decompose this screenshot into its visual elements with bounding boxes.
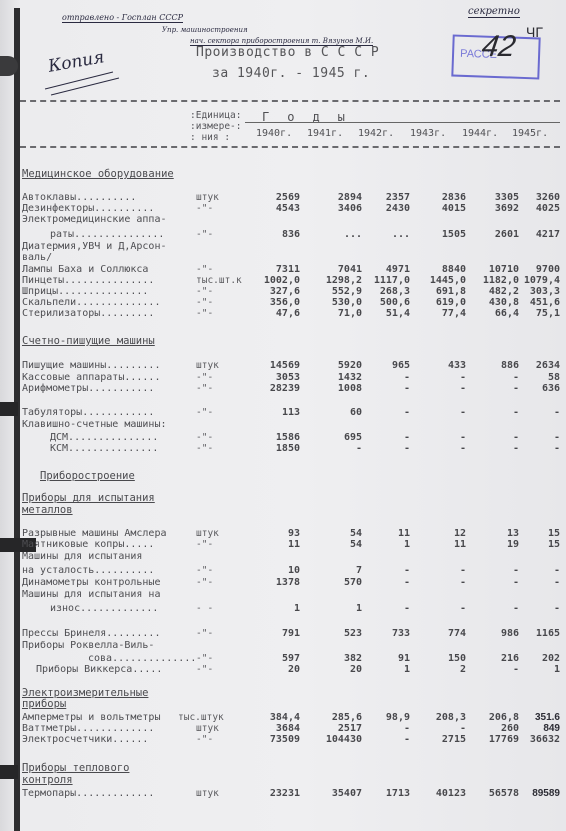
cell-1943: -	[414, 443, 466, 454]
cell-1940: 113	[248, 407, 300, 418]
cell-1945: 15	[508, 539, 560, 550]
cell-1940: 11	[248, 539, 300, 550]
row-label: на усталость..........	[22, 565, 154, 576]
row-label: Машины для испытания	[22, 551, 142, 562]
row-unit: тыс.шт.к	[196, 275, 242, 286]
cell-1943: 4015	[414, 203, 466, 214]
year-header: 1942г.	[358, 128, 394, 139]
table-row: на усталость.......... -"- 10 7 - - - -	[0, 565, 566, 577]
cell-1942: 2430	[358, 203, 410, 214]
cell-1940: 356,0	[248, 297, 300, 308]
cell-1940: 1	[248, 603, 300, 614]
unit-header-line3: : ния :	[190, 132, 230, 143]
cell-1943: 12	[414, 528, 466, 539]
cell-1941: 523	[310, 628, 362, 639]
row-unit: -"-	[196, 443, 213, 454]
cell-1941: 2894	[310, 192, 362, 203]
cell-1942: -	[358, 565, 410, 576]
cell-1941: ...	[310, 229, 362, 240]
header-rule-top	[20, 100, 560, 102]
table-row: Динамометры контрольные -"- 1378 570 - -…	[0, 577, 566, 589]
cell-1942: -	[358, 577, 410, 588]
table-row: Прессы Бринеля......... -"- 791 523 733 …	[0, 628, 566, 640]
row-unit: штук	[196, 528, 219, 539]
cell-1940: 791	[248, 628, 300, 639]
cell-1940: 327,6	[248, 286, 300, 297]
cell-1943: -	[414, 407, 466, 418]
cell-1943: 40123	[414, 788, 466, 799]
cell-1940: 47,6	[248, 308, 300, 319]
cell-1943: 2836	[414, 192, 466, 203]
cell-1941: 1008	[310, 383, 362, 394]
cell-1943: -	[414, 432, 466, 443]
cell-1945: 351.6	[508, 712, 560, 723]
cell-1941: 35407	[310, 788, 362, 799]
cell-1941: 20	[310, 664, 362, 675]
cell-1943: 1445,0	[414, 275, 466, 286]
row-label: Табуляторы............	[22, 407, 154, 418]
row-label: Динамометры контрольные	[22, 577, 160, 588]
cell-1943: -	[414, 372, 466, 383]
cell-1941: -	[310, 443, 362, 454]
row-unit: -"-	[196, 539, 213, 550]
cell-1943: 619,0	[414, 297, 466, 308]
year-header: 1943г.	[410, 128, 446, 139]
table-row: валь/	[0, 252, 566, 264]
cell-1945: 2634	[508, 360, 560, 371]
cell-1940: 3684	[248, 723, 300, 734]
year-header: 1945г.	[512, 128, 548, 139]
cell-1945: 3260	[508, 192, 560, 203]
row-unit: -"-	[196, 577, 213, 588]
cell-1942: 51,4	[358, 308, 410, 319]
section-title: Приборостроение	[40, 470, 135, 482]
unit-header-line2: :измере-:	[190, 121, 241, 132]
cell-1943: -	[414, 383, 466, 394]
unit-header-line1: :Единица:	[190, 110, 241, 121]
cell-1943: 2715	[414, 734, 466, 745]
cell-1941: 60	[310, 407, 362, 418]
cell-1941: 382	[310, 653, 362, 664]
row-unit: - -	[196, 603, 213, 614]
table-row: Электросчетчики...... -"- 73509 104430 -…	[0, 734, 566, 746]
cell-1945: 1	[508, 664, 560, 675]
cell-1940: 1850	[248, 443, 300, 454]
cell-1942: 4971	[358, 264, 410, 275]
row-label: сова..............	[88, 653, 196, 664]
cell-1940: 597	[248, 653, 300, 664]
cell-1945: 15	[508, 528, 560, 539]
table-row: КСМ............... -"- 1850 - - - - -	[0, 443, 566, 455]
cell-1941: 1298,2	[310, 275, 362, 286]
cell-1945: 849	[508, 723, 560, 734]
row-label: Автоклавы..........	[22, 192, 136, 203]
section-title: Электроизмерительные приборы	[22, 688, 162, 710]
cell-1945: 451,6	[508, 297, 560, 308]
row-unit: -"-	[196, 229, 213, 240]
year-header: 1941г.	[307, 128, 343, 139]
row-unit: -"-	[196, 407, 213, 418]
row-label: Клавишно-счетные машины:	[22, 419, 167, 430]
cell-1942: -	[358, 734, 410, 745]
row-label: Ваттметры.............	[22, 723, 154, 734]
cell-1945: -	[508, 577, 560, 588]
row-label: ДСМ...............	[50, 432, 158, 443]
cell-1943: 774	[414, 628, 466, 639]
table-row: Маятниковые копры..... -"- 11 54 1 11 19…	[0, 539, 566, 551]
row-unit: штук	[196, 723, 219, 734]
cell-1943: 691,8	[414, 286, 466, 297]
row-unit: тыс.штук	[178, 712, 224, 723]
cell-1942: -	[358, 432, 410, 443]
table-row: Машины для испытания на	[0, 589, 566, 601]
row-label: Приборы Виккерса.....	[36, 664, 162, 675]
row-label: Арифмометры...........	[22, 383, 154, 394]
row-unit: штук	[196, 192, 219, 203]
cell-1941: 530,0	[310, 297, 362, 308]
cell-1942: 733	[358, 628, 410, 639]
row-label: валь/	[22, 252, 52, 263]
cell-1942: 268,3	[358, 286, 410, 297]
cell-1942: -	[358, 603, 410, 614]
row-unit: -"-	[196, 383, 213, 394]
cell-1940: 10	[248, 565, 300, 576]
handwritten-recipient: отправлено - Госплан СССР	[62, 13, 183, 23]
cell-1945: 636	[508, 383, 560, 394]
row-label: КСМ...............	[50, 443, 158, 454]
cell-1945: -	[508, 565, 560, 576]
cell-1945: -	[508, 407, 560, 418]
row-unit: -"-	[196, 653, 213, 664]
row-unit: -"-	[196, 664, 213, 675]
table-row: Приборы Виккерса..... -"- 20 20 1 2 - 1	[0, 664, 566, 676]
row-label: Лампы Баха и Соллюкса	[22, 264, 148, 275]
cell-1942: -	[358, 443, 410, 454]
cell-1940: 384,4	[248, 712, 300, 723]
cell-1942: 98,9	[358, 712, 410, 723]
cell-1942: 2357	[358, 192, 410, 203]
row-label: Приборы Роквелла-Виль-	[22, 640, 154, 651]
cell-1940: 836	[248, 229, 300, 240]
cell-1940: 93	[248, 528, 300, 539]
cell-1943: 8840	[414, 264, 466, 275]
row-unit: -"-	[196, 264, 213, 275]
cell-1943: -	[414, 603, 466, 614]
year-header: 1944г.	[462, 128, 498, 139]
row-unit: -"-	[196, 286, 213, 297]
header-rule-bottom	[20, 146, 560, 148]
cell-1940: 1586	[248, 432, 300, 443]
cell-1945: 58	[508, 372, 560, 383]
document-title: Производство в С С С Р	[196, 45, 566, 60]
cell-1941: 7	[310, 565, 362, 576]
row-label: Электросчетчики......	[22, 734, 148, 745]
cell-1942: 1117,0	[358, 275, 410, 286]
row-label: износ.............	[50, 603, 158, 614]
row-unit: -"-	[196, 628, 213, 639]
row-label: Скальпели..............	[22, 297, 160, 308]
table-row: Табуляторы............ -"- 113 60 - - - …	[0, 407, 566, 419]
row-label: Кассовые аппараты......	[22, 372, 160, 383]
row-label: Термопары.............	[22, 788, 154, 799]
table-row: Клавишно-счетные машины:	[0, 419, 566, 431]
cell-1943: 433	[414, 360, 466, 371]
cell-1942: -	[358, 723, 410, 734]
row-unit: -"-	[196, 565, 213, 576]
cell-1943: -	[414, 565, 466, 576]
cell-1940: 73509	[248, 734, 300, 745]
row-unit: -"-	[196, 297, 213, 308]
cell-1943: -	[414, 577, 466, 588]
cell-1940: 4543	[248, 203, 300, 214]
cell-1940: 14569	[248, 360, 300, 371]
cell-1943: 11	[414, 539, 466, 550]
copy-underline	[51, 78, 119, 96]
row-unit: -"-	[196, 372, 213, 383]
row-label: Стерилизаторы.........	[22, 308, 154, 319]
cell-1942: ...	[358, 229, 410, 240]
row-label: Прессы Бринеля.........	[22, 628, 160, 639]
document-subtitle: за 1940г. - 1945 г.	[212, 66, 566, 81]
cell-1945: 1165	[508, 628, 560, 639]
cell-1940: 7311	[248, 264, 300, 275]
row-label: Шприцы...............	[22, 286, 148, 297]
row-label: Пинцеты...............	[22, 275, 154, 286]
cell-1943: 150	[414, 653, 466, 664]
copy-mark: Копия	[47, 47, 106, 77]
cell-1945: -	[508, 603, 560, 614]
cell-1942: 965	[358, 360, 410, 371]
handwritten-department: Упр. машиностроения	[162, 26, 248, 34]
cell-1941: 570	[310, 577, 362, 588]
row-label: Электромедицинские аппа-	[22, 214, 167, 225]
cell-1945: 36632	[508, 734, 560, 745]
row-unit: -"-	[196, 734, 213, 745]
table-row: износ............. - - 1 1 - - - -	[0, 603, 566, 615]
cell-1940: 1378	[248, 577, 300, 588]
row-label: раты...............	[50, 229, 164, 240]
cell-1941: 71,0	[310, 308, 362, 319]
cell-1941: 104430	[310, 734, 362, 745]
year-header: 1940г.	[256, 128, 292, 139]
row-label: Разрывные машины Амслера	[22, 528, 167, 539]
cell-1942: -	[358, 372, 410, 383]
cell-1942: 11	[358, 528, 410, 539]
cell-1941: 1432	[310, 372, 362, 383]
row-label: Маятниковые копры.....	[22, 539, 154, 550]
cell-1941: 3406	[310, 203, 362, 214]
cell-1942: -	[358, 407, 410, 418]
cell-1945: 9700	[508, 264, 560, 275]
section-title: Приборы теплового контроля	[22, 762, 172, 786]
cell-1942: 1	[358, 664, 410, 675]
row-unit: -"-	[196, 203, 213, 214]
row-label: Дезинфекторы..........	[22, 203, 154, 214]
classification-mark: секретно	[468, 6, 520, 18]
cell-1941: 552,9	[310, 286, 362, 297]
cell-1945: 303,3	[508, 286, 560, 297]
punch-hole	[0, 765, 18, 779]
cell-1945: 4217	[508, 229, 560, 240]
cell-1941: 54	[310, 528, 362, 539]
page-number-suffix: ЧГ	[526, 24, 543, 40]
row-label: Пишущие машины.........	[22, 360, 160, 371]
cell-1940: 20	[248, 664, 300, 675]
years-underline	[245, 122, 560, 123]
cell-1941: 285,6	[310, 712, 362, 723]
row-label: Амперметры и вольтметры	[22, 712, 160, 723]
cell-1943: 1505	[414, 229, 466, 240]
cell-1941: 7041	[310, 264, 362, 275]
cell-1940: 23231	[248, 788, 300, 799]
cell-1941: 2517	[310, 723, 362, 734]
cell-1945: -	[508, 443, 560, 454]
cell-1942: -	[358, 383, 410, 394]
cell-1943: 2	[414, 664, 466, 675]
cell-1945: 1079,4	[508, 275, 560, 286]
table-row: Стерилизаторы......... -"- 47,6 71,0 51,…	[0, 308, 566, 320]
cell-1943: 77,4	[414, 308, 466, 319]
row-label: Диатермия,УВЧ и Д,Арсон-	[22, 241, 167, 252]
section-title: Счетно-пишущие машины	[22, 335, 155, 347]
section-title: Медицинское оборудование	[22, 168, 174, 180]
cell-1943: -	[414, 723, 466, 734]
cell-1941: 54	[310, 539, 362, 550]
row-unit: штук	[196, 360, 219, 371]
cell-1941: 1	[310, 603, 362, 614]
cell-1941: 5920	[310, 360, 362, 371]
table-row: Арифмометры........... -"- 28239 1008 - …	[0, 383, 566, 395]
table-row: Машины для испытания	[0, 551, 566, 563]
cell-1945: 89589	[508, 788, 560, 799]
row-unit: штук	[196, 788, 219, 799]
cell-1940: 3053	[248, 372, 300, 383]
cell-1942: 1713	[358, 788, 410, 799]
cell-1945: 75,1	[508, 308, 560, 319]
cell-1941: 695	[310, 432, 362, 443]
cell-1940: 2569	[248, 192, 300, 203]
cell-1945: 4025	[508, 203, 560, 214]
cell-1945: 202	[508, 653, 560, 664]
cell-1940: 1002,0	[248, 275, 300, 286]
cell-1943: 208,3	[414, 712, 466, 723]
row-label: Машины для испытания на	[22, 589, 160, 600]
cell-1942: 500,6	[358, 297, 410, 308]
row-unit: -"-	[196, 432, 213, 443]
table-row: раты............... -"- 836 ... ... 1505…	[0, 229, 566, 241]
subsection-title: Приборы для испытания металлов	[22, 492, 172, 516]
cell-1940: 28239	[248, 383, 300, 394]
table-row: Пишущие машины......... штук 14569 5920 …	[0, 360, 566, 372]
cell-1942: 1	[358, 539, 410, 550]
cell-1942: 91	[358, 653, 410, 664]
table-row: Электромедицинские аппа-	[0, 214, 566, 226]
row-unit: -"-	[196, 308, 213, 319]
cell-1945: -	[508, 432, 560, 443]
table-row: Приборы Роквелла-Виль-	[0, 640, 566, 652]
scanned-document-page: отправлено - Госплан СССР Упр. машиностр…	[0, 0, 566, 831]
table-row: Термопары............. штук 23231 35407 …	[0, 788, 566, 800]
